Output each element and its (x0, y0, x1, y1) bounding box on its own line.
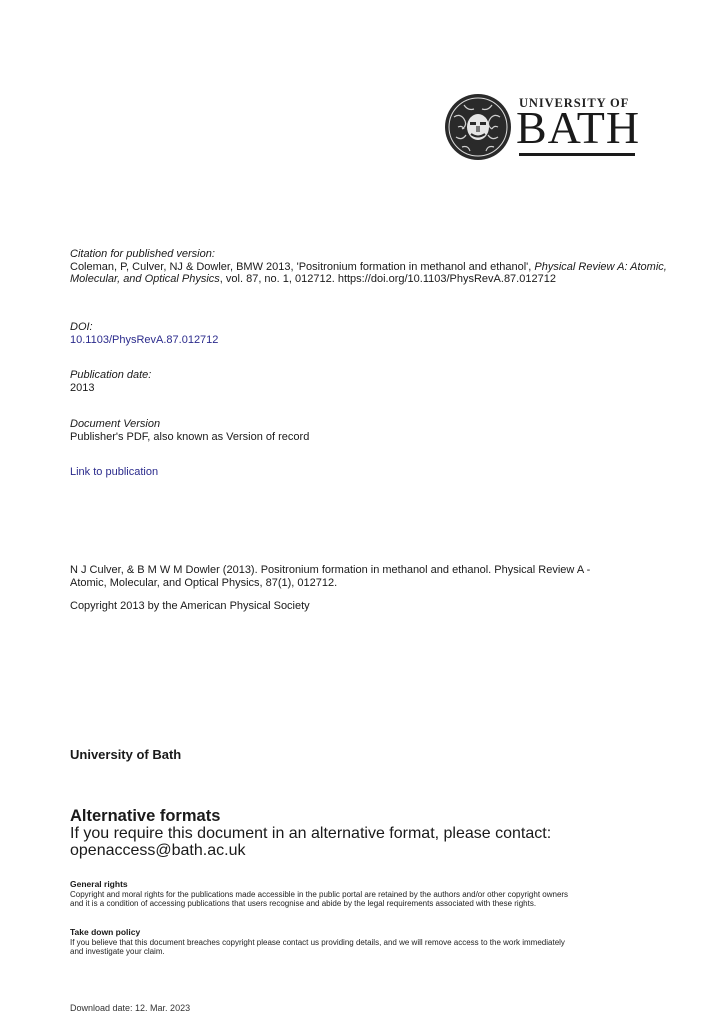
doi-link[interactable]: 10.1103/PhysRevA.87.012712 (70, 334, 690, 347)
take-down-heading: Take down policy (70, 928, 690, 938)
citation-label: Citation for published version: (70, 248, 690, 261)
alternative-formats-text: If you require this document in an alter… (70, 825, 690, 842)
link-to-publication[interactable]: Link to publication (70, 466, 690, 479)
alternative-formats-section: Alternative formats If you require this … (70, 808, 690, 859)
document-version-label: Document Version (70, 418, 690, 431)
publication-date-value: 2013 (70, 382, 690, 395)
logo-underline (519, 153, 635, 156)
general-rights-line-1: Copyright and moral rights for the publi… (70, 890, 690, 899)
publication-date-label: Publication date: (70, 369, 690, 382)
university-logo: UNIVERSITY OF BATH (444, 93, 638, 161)
take-down-line-2: and investigate your claim. (70, 947, 690, 956)
document-version-value: Publisher's PDF, also known as Version o… (70, 431, 690, 444)
citation-details: , vol. 87, no. 1, 012712. https://doi.or… (220, 273, 556, 285)
doi-label: DOI: (70, 321, 690, 334)
institution-name: University of Bath (70, 747, 690, 762)
publication-date-section: Publication date: 2013 (70, 369, 690, 394)
citation-text: Coleman, P, Culver, NJ & Dowler, BMW 201… (70, 261, 690, 286)
citation-section: Citation for published version: Coleman,… (70, 248, 690, 286)
general-rights-line-2: and it is a condition of accessing publi… (70, 899, 690, 908)
copyright-notice: Copyright 2013 by the American Physical … (70, 600, 690, 613)
reference-section: N J Culver, & B M W M Dowler (2013). Pos… (70, 564, 690, 589)
citation-authors: Coleman, P, Culver, NJ & Dowler, BMW 201… (70, 261, 534, 273)
university-seal-icon (444, 93, 512, 161)
take-down-policy-section: Take down policy If you believe that thi… (70, 928, 690, 956)
contact-email[interactable]: openaccess@bath.ac.uk (70, 842, 690, 859)
reference-line-2: Atomic, Molecular, and Optical Physics, … (70, 577, 690, 590)
alternative-formats-heading: Alternative formats (70, 808, 690, 825)
general-rights-heading: General rights (70, 880, 690, 890)
reference-line-1: N J Culver, & B M W M Dowler (2013). Pos… (70, 564, 690, 577)
doi-section: DOI: 10.1103/PhysRevA.87.012712 (70, 321, 690, 346)
take-down-line-1: If you believe that this document breach… (70, 938, 690, 947)
logo-bath: BATH (516, 105, 640, 151)
general-rights-section: General rights Copyright and moral right… (70, 880, 690, 908)
download-date: Download date: 12. Mar. 2023 (70, 1003, 690, 1013)
document-version-section: Document Version Publisher's PDF, also k… (70, 418, 690, 443)
